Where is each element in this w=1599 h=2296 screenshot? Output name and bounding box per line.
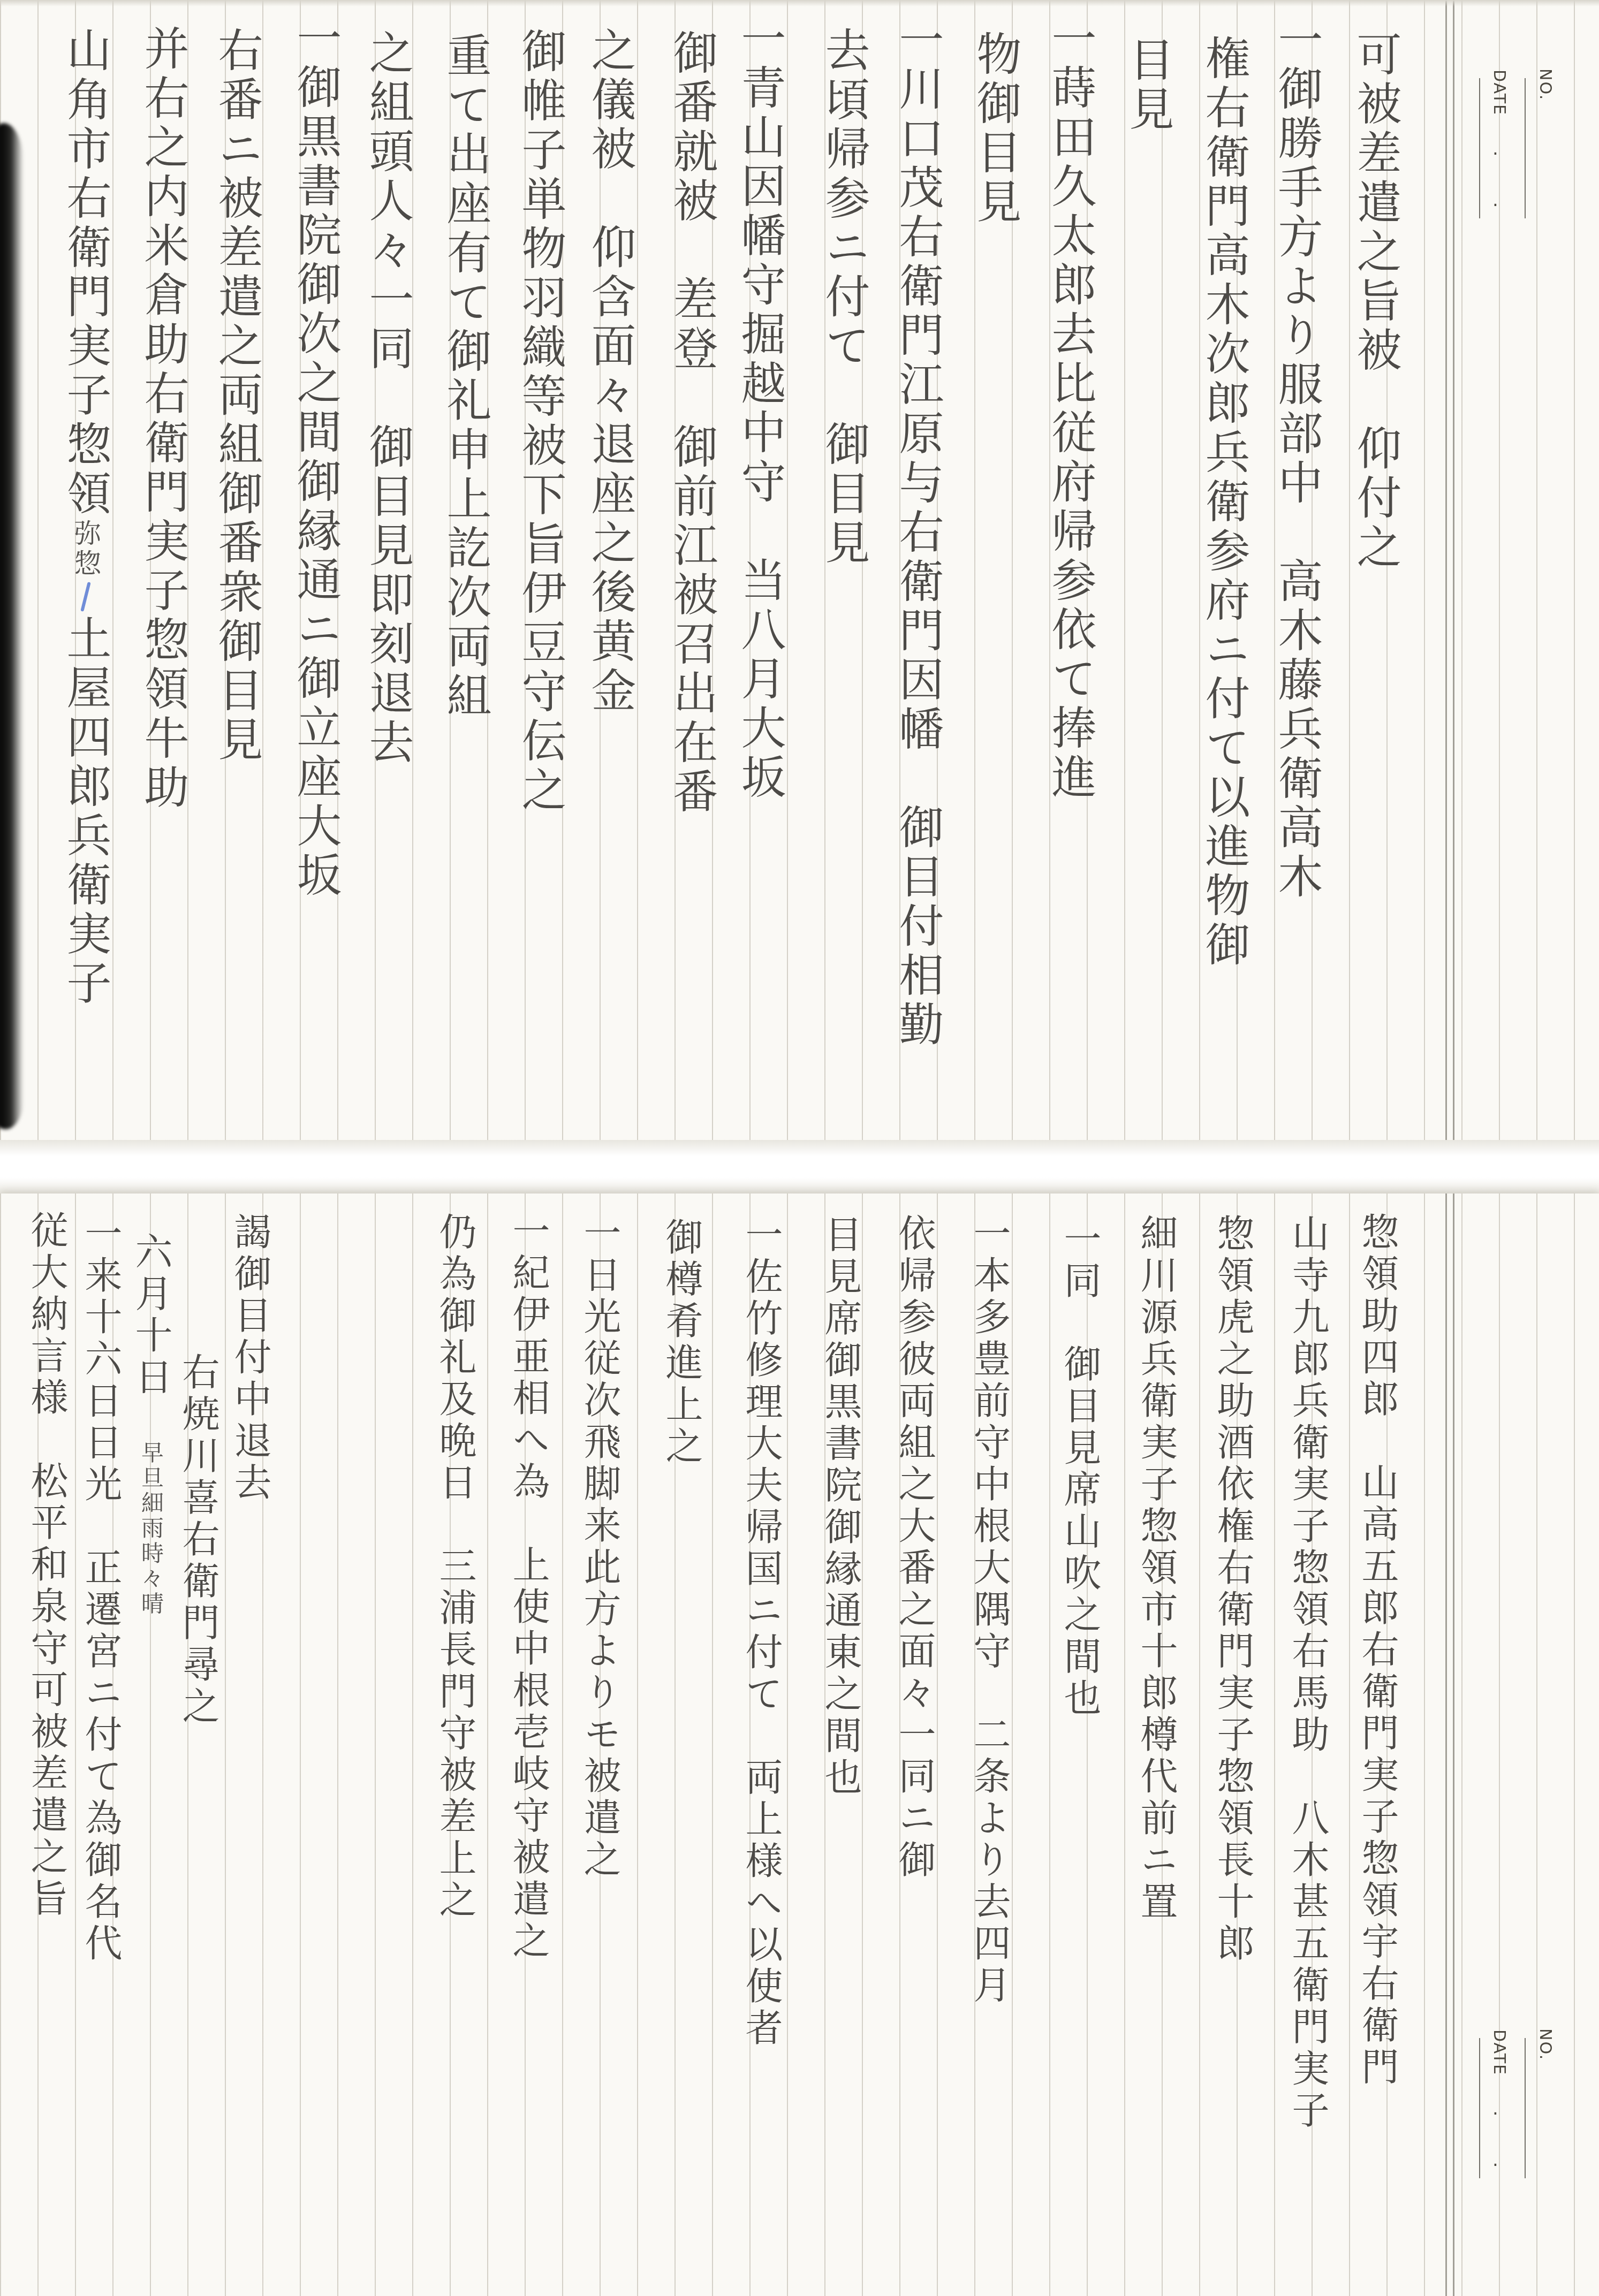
manuscript-column: 一同 御目見席山吹之間也: [1061, 1219, 1098, 1720]
date-label: DATE: [1490, 70, 1509, 116]
column-text: 山角市右衛門実子惣領: [59, 27, 112, 519]
manuscript-column: 去頃帰参ニ付て 御目見: [822, 27, 867, 568]
column-text: 重て出座有て御礼申上訖次両組: [439, 32, 492, 721]
column-text: 可被差遣之旨被 仰付之: [1350, 31, 1402, 573]
manuscript-column: 惣領虎之助酒依権右衛門実子惣領長十郎: [1214, 1214, 1252, 1965]
manuscript-column: 一佐竹修理大夫帰国ニ付て 両上様へ以使者: [742, 1215, 780, 2050]
column-text: 仍為御礼及晩日 三浦長門守被差上之: [433, 1212, 477, 1922]
column-text: 御番就被 差登 御前江被召出在番: [666, 29, 718, 817]
column-text: 山寺九郎兵衛実子惣領右馬助 八木甚五衛門実子: [1286, 1214, 1330, 2132]
manuscript-column: 一本多豊前守中根大隅守 二条より去四月: [971, 1214, 1008, 2007]
date-separator-dot: ·: [1492, 2103, 1498, 2125]
manuscript-column: 之儀被 仰含面々退座之後黄金: [588, 27, 633, 716]
manuscript-column: 御樽肴進上之: [663, 1218, 700, 1468]
manuscript-column: 一御勝手方より服部中 高木藤兵衛高木: [1275, 16, 1320, 902]
scan-gutter-shadow: [0, 123, 24, 1129]
margin-rule-inner: [1453, 0, 1454, 1140]
column-text: 一蒔田久太郎去比従府帰参依て捧進: [1044, 15, 1097, 803]
manuscript-column: 六月十日 早旦細雨時々晴: [132, 1232, 170, 1617]
manuscript-column: 依帰参彼両組之大番之面々一同ニ御: [896, 1214, 933, 1882]
column-text: 目見: [1122, 36, 1174, 135]
no-label: NO.: [1536, 2028, 1555, 2061]
scan-edge-shadow: [0, 0, 1599, 6]
manuscript-column: 目見: [1126, 36, 1171, 135]
column-text: 一青山因幡守掘越中守 当八月大坂: [734, 15, 786, 803]
no-field-line: [1525, 2038, 1526, 2178]
manuscript-column: 右番ニ被差遣之両組御番衆御目見: [215, 27, 260, 765]
column-text: 六月十日: [129, 1232, 173, 1441]
page-gap: [0, 1140, 1599, 1193]
manuscript-column: 物御目見: [973, 31, 1018, 227]
manuscript-column: 従大納言様 松平和泉守可被差遣之旨: [28, 1211, 65, 1920]
date-separator-dot: ·: [1492, 143, 1498, 165]
column-text: 細川源兵衛実子惣領市十郎樽代前ニ置: [1134, 1214, 1178, 1924]
no-field-line: [1525, 78, 1526, 218]
margin-rule-inner: [1453, 1193, 1454, 2296]
manuscript-column: 之組頭人々一同 御目見即刻退去: [366, 29, 411, 768]
manuscript-column: 権右衛門高木次郎兵衛参府ニ付て以進物御: [1202, 35, 1247, 970]
no-label: NO.: [1536, 69, 1555, 101]
column-text: 謁御目付中退去: [228, 1212, 272, 1504]
column-text: 御樽肴進上之: [660, 1218, 703, 1468]
manuscript-column: 細川源兵衛実子惣領市十郎樽代前ニ置: [1138, 1214, 1175, 1924]
manuscript-column: 一蒔田久太郎去比従府帰参依て捧進: [1048, 15, 1093, 803]
manuscript-column: 目見席御黒書院御縁通東之間也: [822, 1215, 859, 1799]
column-text: 一本多豊前守中根大隅守 二条より去四月: [967, 1214, 1011, 2007]
date-label: DATE: [1490, 2029, 1509, 2075]
manuscript-column: 御帷子単物羽織等被下旨伊豆守伝之: [518, 28, 563, 816]
date-field-line: [1479, 2038, 1480, 2178]
column-text: 一御勝手方より服部中 高木藤兵衛高木: [1271, 16, 1323, 902]
column-text: 惣領助四郎 山高五郎右衛門実子惣領宇右衛門: [1355, 1212, 1399, 2089]
date-separator-dot: ·: [1492, 2155, 1498, 2176]
column-text: 之儀被 仰含面々退座之後黄金: [584, 27, 636, 716]
column-text: 一川口茂右衛門江原与右衛門因幡 御目付相勤: [892, 16, 944, 1050]
column-text: 物御目見: [969, 31, 1022, 227]
column-text: 一御黒書院御次之間御縁通ニ御立座大坂: [290, 14, 342, 901]
manuscript-column: 山寺九郎兵衛実子惣領右馬助 八木甚五衛門実子: [1289, 1214, 1327, 2132]
manuscript-column: 一日光従次飛脚来此方よりモ被遣之: [581, 1213, 618, 1881]
margin-rule-outer: [1445, 0, 1447, 1140]
manuscript-column: 一紀伊亜相へ為 上使中根壱岐守被遣之: [510, 1211, 547, 1963]
manuscript-column: 一青山因幡守掘越中守 当八月大坂: [738, 15, 783, 803]
column-text: 之組頭人々一同 御目見即刻退去: [362, 29, 414, 768]
manuscript-column: 惣領助四郎 山高五郎右衛門実子惣領宇右衛門: [1359, 1212, 1396, 2089]
manuscript-column: 山角市右衛門実子惣領弥惣土屋四郎兵衛実子: [63, 27, 108, 1009]
blue-correction-mark: [80, 582, 90, 612]
column-text: 惣領虎之助酒依権右衛門実子惣領長十郎: [1211, 1214, 1255, 1965]
column-text: 依帰参彼両組之大番之面々一同ニ御: [892, 1214, 936, 1882]
column-text: 一日光従次飛脚来此方よりモ被遣之: [578, 1213, 622, 1881]
manuscript-page-1: NO. DATE · · 可被差遣之旨被 仰付之一御勝手方より服部中 高木藤兵衛…: [0, 0, 1599, 1140]
no-date-header: NO. DATE · ·: [1475, 2028, 1599, 2189]
column-text: 右番ニ被差遣之両組御番衆御目見: [211, 27, 263, 765]
column-text: 一佐竹修理大夫帰国ニ付て 両上様へ以使者: [739, 1215, 783, 2050]
no-date-header: NO. DATE · ·: [1475, 69, 1599, 229]
manuscript-column: 重て出座有て御礼申上訖次両組: [443, 32, 488, 721]
manuscript-column: 仍為御礼及晩日 三浦長門守被差上之: [436, 1212, 474, 1922]
manuscript-column: 一来十六日日光 正遷宮ニ付て為御名代: [82, 1214, 119, 1965]
date-separator-dot: ·: [1492, 195, 1498, 216]
column-text: 権右衛門高木次郎兵衛参府ニ付て以進物御: [1198, 35, 1251, 970]
column-text: 一同 御目見席山吹之間也: [1058, 1219, 1102, 1720]
column-text: 早旦細雨時々晴: [138, 1441, 164, 1617]
column-text: 并右之内米倉助右衛門実子惣領牛助: [137, 25, 190, 813]
column-text: 一紀伊亜相へ為 上使中根壱岐守被遣之: [506, 1211, 550, 1963]
column-text: 右焼川喜右衛門尋之: [176, 1352, 220, 1728]
column-text: 御帷子単物羽織等被下旨伊豆守伝之: [514, 28, 567, 816]
manuscript-column: 一御黒書院御次之間御縁通ニ御立座大坂: [293, 14, 338, 901]
manuscript-page-2: NO. DATE · · 惣領助四郎 山高五郎右衛門実子惣領宇右衛門山寺九郎兵衛…: [0, 1193, 1599, 2296]
column-text: 去頃帰参ニ付て 御目見: [818, 27, 870, 568]
column-text: 一来十六日日光 正遷宮ニ付て為御名代: [79, 1214, 123, 1965]
date-field-line: [1479, 78, 1480, 218]
manuscript-column: 一川口茂右衛門江原与右衛門因幡 御目付相勤: [896, 16, 941, 1050]
margin-rule-outer: [1445, 1193, 1447, 2296]
column-text: 土屋四郎兵衛実子: [59, 615, 112, 1009]
document-scan: NO. DATE · · 可被差遣之旨被 仰付之一御勝手方より服部中 高木藤兵衛…: [0, 0, 1599, 2296]
column-text: 目見席御黒書院御縁通東之間也: [819, 1215, 862, 1799]
column-text: 従大納言様 松平和泉守可被差遣之旨: [25, 1211, 69, 1920]
manuscript-column: 可被差遣之旨被 仰付之: [1353, 31, 1398, 573]
manuscript-column: 謁御目付中退去: [231, 1212, 269, 1504]
manuscript-column: 并右之内米倉助右衛門実子惣領牛助: [141, 25, 186, 813]
column-text: 弥惣: [70, 519, 102, 579]
manuscript-column: 御番就被 差登 御前江被召出在番: [670, 29, 715, 817]
manuscript-column: 右焼川喜右衛門尋之: [179, 1352, 217, 1728]
